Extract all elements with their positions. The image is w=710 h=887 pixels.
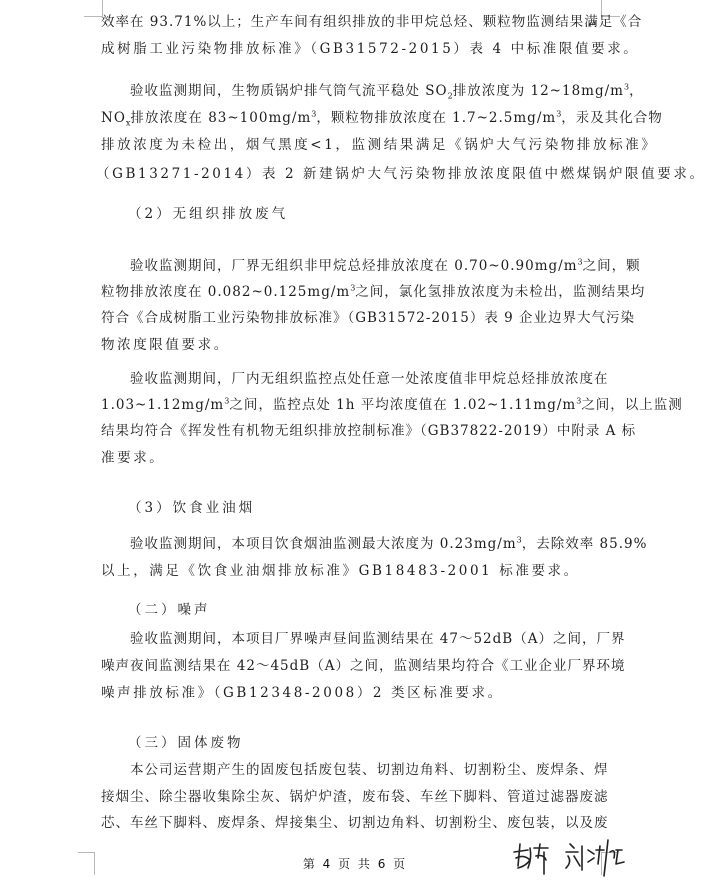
text-span: 之间，以上监测 xyxy=(581,397,683,413)
body-line: 验收监测期间，生物质锅炉排气筒气流平稳处 SO2排放浓度为 12~18mg/m3… xyxy=(101,82,601,100)
text-span: 之间，颗 xyxy=(583,258,641,274)
section-heading: （三）固体废物 xyxy=(128,734,628,752)
body-line: 验收监测期间，厂界无组织非甲烷总烃排放浓度在 0.70~0.90mg/m3之间，… xyxy=(101,257,601,275)
text-span: 1.03~1.12mg/m xyxy=(101,397,224,413)
body-line: 粒物排放浓度在 0.082~0.125mg/m3之间，氯化氢排放浓度为未检出，监… xyxy=(101,283,601,301)
body-line: 符合《合成树脂工业污染物排放标准》（GB31572-2015）表 9 企业边界大… xyxy=(101,309,601,327)
text-span: ，颗粒物排放浓度在 1.7~2.5mg/m xyxy=(316,110,556,126)
body-line: NOx排放浓度在 83~100mg/m3，颗粒物排放浓度在 1.7~2.5mg/… xyxy=(101,109,601,127)
body-line: 接烟尘、除尘器收集除尘灰、锅炉炉渣，废布袋、车丝下脚料、管道过滤器废滤 xyxy=(101,788,601,806)
body-line: 排放浓度为未检出，烟气黑度<1，监测结果满足《锅炉大气污染物排放标准》 xyxy=(101,136,601,154)
body-line: 1.03~1.12mg/m3之间，监控点处 1h 平均浓度值在 1.02~1.1… xyxy=(101,396,601,414)
text-span: ，汞及其化合物 xyxy=(561,110,663,126)
text-span: ，去除效率 85.9% xyxy=(522,536,648,552)
body-line: 噪声排放标准》（GB12348-2008）2 类区标准要求。 xyxy=(101,684,601,702)
body-line: 以上，满足《饮食业油烟排放标准》GB18483-2001 标准要求。 xyxy=(101,562,601,580)
text-span: 排放浓度为 12~18mg/m xyxy=(453,83,624,99)
body-line: 结果均符合《挥发性有机物无组织排放控制标准》（GB37822-2019）中附录 … xyxy=(101,422,601,440)
text-span: 之间，监控点处 1h 平均浓度值在 1.02~1.11mg/m xyxy=(229,397,576,413)
text-span: 排放浓度在 83~100mg/m xyxy=(130,110,311,126)
body-line: 本公司运营期产生的固废包括废包装、切割边角料、切割粉尘、废焊条、焊 xyxy=(101,761,601,779)
body-line: 验收监测期间，本项目厂界噪声昼间监测结果在 47～52dB（A）之间，厂界 xyxy=(101,630,601,648)
text-span: NO xyxy=(101,110,126,126)
text-span: 粒物排放浓度在 0.082~0.125mg/m xyxy=(101,284,350,300)
text-span: 验收监测期间，厂界无组织非甲烷总烃排放浓度在 0.70~0.90mg/m xyxy=(130,258,578,274)
text-span: ， xyxy=(629,83,644,99)
text-span: 之间，氯化氢排放浓度为未检出，监测结果均 xyxy=(355,284,645,300)
body-line: 准要求。 xyxy=(101,449,601,467)
body-line: 噪声夜间监测结果在 42～45dB（A）之间，监测结果均符合《工业企业厂界环境 xyxy=(101,657,601,675)
body-line: 物浓度限值要求。 xyxy=(101,336,601,354)
body-line: 验收监测期间，厂内无组织监控点处任意一处浓度值非甲烷总烃排放浓度在 xyxy=(101,370,601,388)
section-heading: （2）无组织排放废气 xyxy=(128,205,628,223)
body-line: 芯、车丝下脚料、废焊条、焊接集尘、切割边角料、切割粉尘、废包装，以及废 xyxy=(101,814,601,832)
body-line: 效率在 93.71%以上；生产车间有组织排放的非甲烷总烃、颗粒物监测结果满足《合 xyxy=(101,13,601,31)
section-heading: （二）噪声 xyxy=(128,601,628,619)
handwritten-signature-icon xyxy=(510,836,650,882)
document-page: ↵ 效率在 93.71%以上；生产车间有组织排放的非甲烷总烃、颗粒物监测结果满足… xyxy=(0,0,710,887)
body-line: 验收监测期间，本项目饮食烟油监测最大浓度为 0.23mg/m3，去除效率 85.… xyxy=(101,535,601,553)
body-line: 成树脂工业污染物排放标准》（GB31572-2015）表 4 中标准限值要求。 xyxy=(101,40,601,58)
section-heading: （3）饮食业油烟 xyxy=(128,499,628,517)
text-span: 验收监测期间，生物质锅炉排气筒气流平稳处 SO xyxy=(130,83,448,99)
text-span: 验收监测期间，本项目饮食烟油监测最大浓度为 0.23mg/m xyxy=(130,536,517,552)
body-line: （GB13271-2014）表 2 新建锅炉大气污染物排放浓度限值中燃煤锅炉限值… xyxy=(96,165,596,183)
